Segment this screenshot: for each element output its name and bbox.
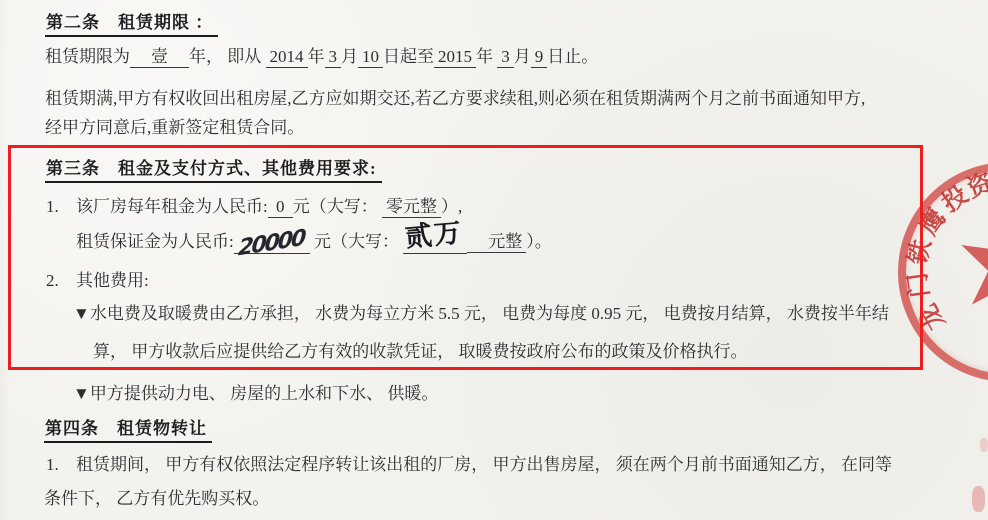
article3-bullet1-line1: ▼水电费及取暖费由乙方承担， 水费为每立方米 5.5 元， 电费为每度 0.95… (73, 303, 889, 325)
ink-smudge (980, 438, 988, 452)
article3-bullet1-line2: 算， 甲方收款后应提供给乙方有效的收款凭证， 取暖费按政府公布的政策及价格执行。 (93, 341, 748, 363)
article3-item2-line: 2.其他费用: (46, 270, 149, 292)
article2-paragraph-line1: 租赁期满,甲方有权收回出租房屋,乙方应如期交还,若乙方要求续租,则必须在租赁期满… (45, 88, 865, 110)
article4-item1-text: 租赁期间， 甲方有权依照法定程序转让该出租的厂房， 甲方出售房屋， 须在两个月前… (76, 455, 892, 474)
article2-heading: 第二条 租赁期限 ： (45, 12, 218, 34)
article2-lease-term-line: 租赁期限为 壹 年， 即从 2014年3月10日起至2015年 3月9日止。 (45, 46, 598, 68)
article3-item1-line2: 租赁保证金为人民币:20000 元（大写： 贰万 元整）。 (76, 227, 552, 254)
article4-item1-number: 1. (46, 454, 76, 476)
article3-bullet2-line: ▼甲方提供动力电、 房屋的上水和下水、 供暖。 (73, 383, 438, 405)
ink-smudge (972, 486, 985, 512)
seal-character: 门 (903, 269, 935, 301)
item2-number: 2. (46, 270, 76, 292)
article4-item1-line1: 1.租赁期间， 甲方有权依照法定程序转让该出租的厂房， 甲方出售房屋， 须在两个… (46, 454, 892, 476)
article3-item1-line1: 1.该厂房每年租金为人民币: 0 元（大写： 零元整）, (46, 196, 462, 218)
scanned-contract-page: { "document": { "article2": { "heading":… (0, 0, 988, 520)
item1-rent-text: 该厂房每年租金为人民币: 0 元（大写： 零元整）, (76, 197, 462, 218)
article3-heading: 第三条 租金及支付方式、其他费用要求: (45, 158, 382, 180)
article4-heading-text: 第四条 租赁物转让 (44, 419, 212, 443)
article2-heading-text: 第二条 租赁期限 ： (45, 13, 218, 37)
item1-number: 1. (46, 196, 76, 218)
item2-label: 其他费用: (76, 271, 149, 290)
article4-item1-line2: 条件下， 乙方有优先购买权。 (44, 488, 269, 510)
company-seal-stamp: 龙门铁鹰投资 ★ (898, 162, 988, 382)
article4-heading: 第四条 租赁物转让 (44, 418, 212, 440)
article2-paragraph-line2: 经甲方同意后,重新签定租赁合同。 (45, 117, 304, 139)
article3-heading-text: 第三条 租金及支付方式、其他费用要求: (45, 159, 382, 183)
